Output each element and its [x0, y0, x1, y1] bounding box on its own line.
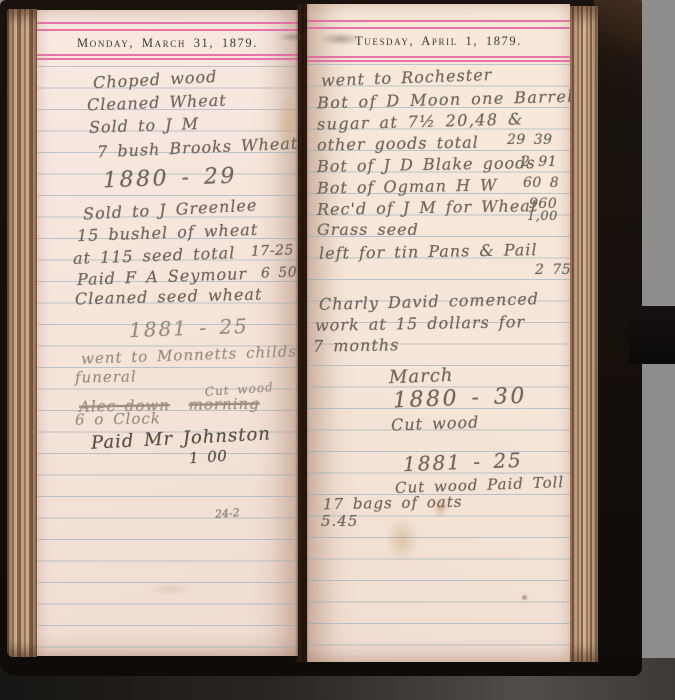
amount: 1 00: [188, 447, 228, 468]
month-label: March: [389, 365, 454, 388]
pink-rule: [37, 22, 298, 24]
book-strap: [629, 306, 675, 364]
pink-rule: [37, 54, 298, 56]
diary-entry: Cut wood: [391, 412, 480, 434]
diary-entry: left for tin Pans & Pail: [319, 240, 538, 263]
diary-entry: 17 bags of oats: [323, 493, 463, 513]
amount: 2 91: [521, 154, 557, 170]
year-total-entry: 1880 - 30: [393, 384, 528, 414]
amount: 5.45: [321, 512, 358, 530]
diary-entry: 6 o Clock: [75, 409, 161, 428]
diary-entry: Rec'd of J M for Wheat: [317, 196, 539, 219]
amount: 2 75: [535, 262, 571, 278]
pink-rule: [37, 58, 298, 60]
year-total-entry: 1881 - 25: [403, 448, 524, 476]
book-cover-corner: [594, 0, 642, 96]
diary-entry: Bot of Ogman H W: [317, 175, 498, 197]
diary-entry: 7 months: [313, 335, 400, 356]
left-page-fore-edge: [7, 9, 37, 657]
diary-entry: Grass seed: [317, 220, 419, 239]
amount: 17-25: [251, 242, 294, 259]
struck-text: morning: [189, 394, 274, 413]
margin-scribble: 24-2: [215, 506, 241, 521]
pink-rule: [307, 56, 570, 58]
page-gutter-shadow: [295, 4, 309, 662]
pink-rule: [307, 27, 570, 29]
printed-date-header: Monday, March 31, 1879.: [37, 36, 298, 51]
diary-entry: Bot of J D Blake goods: [317, 153, 536, 176]
insertion-wrap: Cut wood morning: [188, 384, 273, 413]
diary-entry: work at 15 dollars for: [315, 312, 525, 335]
printed-date-header: Tuesday, April 1, 1879.: [307, 34, 570, 49]
pink-rule: [307, 20, 570, 22]
year-total-entry: 1880 - 29: [103, 164, 238, 194]
scanned-diary-photo: Monday, March 31, 1879. Choped wood Clea…: [0, 0, 675, 700]
diary-entry: funeral: [75, 367, 137, 386]
right-page: Tuesday, April 1, 1879. went to Rocheste…: [307, 4, 570, 662]
amount: 60 8: [523, 175, 559, 191]
amount: 1,00: [527, 209, 558, 224]
diary-entry: other goods total: [317, 133, 479, 155]
amount: 6 50: [261, 264, 298, 281]
year-total-entry: 1881 - 25: [129, 314, 250, 342]
left-page: Monday, March 31, 1879. Choped wood Clea…: [37, 10, 298, 656]
diary-entry: Sold to J M: [89, 114, 200, 137]
pink-rule: [37, 29, 298, 31]
amount: 29 39: [507, 132, 553, 148]
pink-rule: [307, 60, 570, 62]
